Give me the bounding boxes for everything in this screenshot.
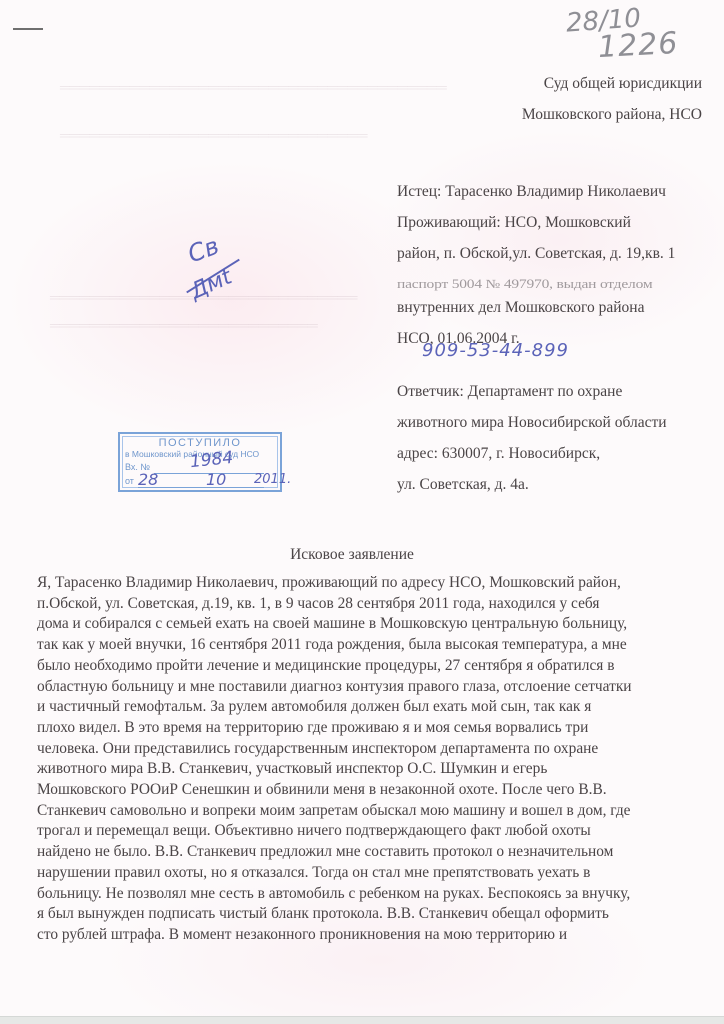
parties-block: Истец: Тарасенко Владимир Николаевич Про… — [397, 176, 717, 500]
handwritten-phone: 909-53-44-899 — [422, 340, 569, 361]
stamp-title: ПОСТУПИЛО — [120, 437, 280, 449]
defendant-address: адрес: 630007, г. Новосибирск, — [397, 438, 717, 469]
scanned-page: ═══════════════════════════════════════ … — [0, 0, 724, 1016]
body-line: Мошковского РООиР Сенешкин и обвинили ме… — [37, 780, 717, 801]
body-line: найдено не было. В.В. Станкевич предложи… — [37, 842, 717, 863]
document-body: Я, Тарасенко Владимир Николаевич, прожив… — [37, 573, 717, 946]
body-line: я был вынужден подписать чистый бланк пр… — [37, 904, 717, 925]
defendant-name-cont: животного мира Новосибирской области — [397, 407, 717, 438]
court-name-line1: Суд общей юрисдикции — [522, 68, 702, 99]
defendant-name: Ответчик: Департамент по охране — [397, 376, 717, 407]
handwritten-resolution-top: Св — [184, 232, 223, 269]
defendant-street: ул. Советская, д. 4а. — [397, 469, 717, 500]
intake-stamp: ПОСТУПИЛО в Мошковский районный суд НСО … — [118, 432, 282, 492]
court-header: Суд общей юрисдикции Мошковского района,… — [522, 68, 702, 130]
body-line: человека. Они представились государствен… — [37, 739, 717, 760]
scan-bottom-edge — [0, 1016, 724, 1024]
plaintiff-residence: Проживающий: НСО, Мошковский — [397, 207, 717, 238]
body-line: так как у моей внучки, 16 сентября 2011 … — [37, 635, 717, 656]
body-line: Станкевич самовольно и вопреки моим запр… — [37, 801, 717, 822]
body-line: плохо видел. В это время на территорию г… — [37, 718, 717, 739]
body-line: было необходимо пройти лечение и медицин… — [37, 656, 717, 677]
plaintiff-address: район, п. Обской,ул. Советская, д. 19,кв… — [397, 238, 717, 269]
body-line: сто рублей штрафа. В момент незаконного … — [37, 925, 717, 946]
body-line: п.Обской, ул. Советская, д.19, кв. 1, в … — [37, 594, 717, 615]
corner-dash-mark — [13, 28, 43, 30]
body-line: больницу. Не позволял мне сесть в автомо… — [37, 884, 717, 905]
plaintiff-passport: паспорт 5004 № 497970, выдан отделом — [397, 272, 717, 297]
plaintiff-name: Истец: Тарасенко Владимир Николаевич — [397, 176, 717, 207]
body-line: и частичный гемофтальм. За рулем автомоб… — [37, 697, 717, 718]
stamp-date-day: 28 — [138, 470, 158, 489]
body-line: областную больницу и мне поставили диагн… — [37, 677, 717, 698]
bleed-through-text: ═══════════════════════════ — [50, 318, 318, 336]
body-line: трогал и перемещал вещи. Объективно ниче… — [37, 821, 717, 842]
handwritten-reg-number: 1226 — [597, 26, 679, 65]
stamp-date-year: 2011. — [254, 472, 291, 487]
stamp-date-label: от — [125, 476, 134, 486]
body-line: нарушении правил охоты, но я отказался. … — [37, 863, 717, 884]
body-line: животного мира В.В. Станкевич, участковы… — [37, 759, 717, 780]
body-line: Я, Тарасенко Владимир Николаевич, прожив… — [37, 573, 717, 594]
stamp-date-month: 10 — [206, 470, 226, 489]
bleed-through-text: ═══════════════════════════════ — [60, 128, 368, 146]
body-line: дома и собирался с семьей ехать на своей… — [37, 614, 717, 635]
court-name-line2: Мошковского района, НСО — [522, 99, 702, 130]
document-title: Исковое заявление — [0, 546, 724, 564]
bleed-through-text: ═══════════════════════════════════════ — [60, 80, 447, 98]
